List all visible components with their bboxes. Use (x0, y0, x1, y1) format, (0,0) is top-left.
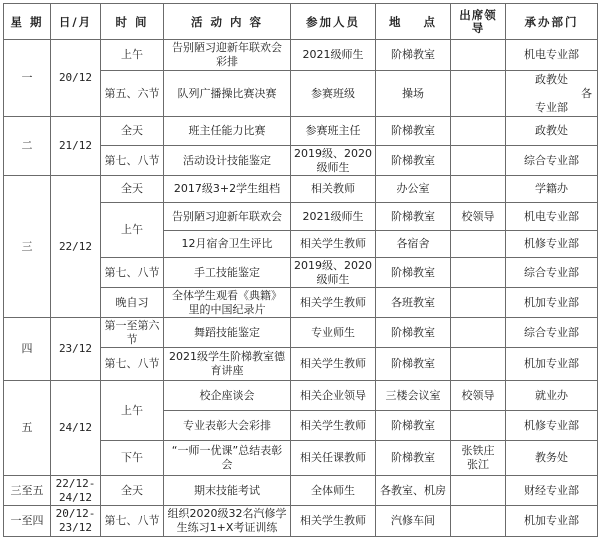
leader-cell (451, 117, 506, 146)
department-cell: 财经专业部 (506, 476, 598, 506)
leader-cell: 校领导 (451, 203, 506, 231)
weekday-cell: 一 (4, 40, 51, 117)
header-time: 时 间 (101, 4, 164, 40)
participants-cell: 相关企业领导 (291, 381, 376, 411)
location-cell: 汽修车间 (376, 506, 451, 532)
weekday-cell: 二 (4, 117, 51, 176)
location-cell: 阶梯教室 (376, 40, 451, 71)
leader-cell (451, 258, 506, 288)
leader-cell (451, 318, 506, 348)
participants-cell: 相关学生教师 (291, 288, 376, 318)
participants-cell: 相关教师 (291, 176, 376, 203)
department-cell: 就业办 (506, 381, 598, 411)
leader-cell (451, 348, 506, 381)
participants-cell: 全体师生 (291, 476, 376, 506)
leader-cell: 张铁庄 张江 (451, 441, 506, 476)
header-participants: 参加人员 (291, 4, 376, 40)
department-cell: 政教处 (506, 117, 598, 146)
department-cell: 综合专业部 (506, 318, 598, 348)
participants-cell: 2021级师生 (291, 203, 376, 231)
department-cell: 机电专业部 (506, 40, 598, 71)
leader-cell (451, 476, 506, 506)
leader-cell (451, 146, 506, 176)
table-row: 五 24/12 上午 校企座谈会 相关企业领导 三楼会议室 校领导 就业办 (4, 381, 598, 411)
time-cell: 上午 (101, 203, 164, 258)
time-cell: 全天 (101, 176, 164, 203)
location-cell: 各班教室 (376, 288, 451, 318)
leader-cell (451, 40, 506, 71)
activity-cell: 舞蹈技能鉴定 (164, 318, 291, 348)
leader-cell (451, 71, 506, 117)
leader-cell (451, 288, 506, 318)
location-cell: 操场 (376, 71, 451, 117)
time-cell: 第七、八节 (101, 258, 164, 288)
activity-cell: 专业表彰大会彩排 (164, 411, 291, 441)
leader-cell (451, 231, 506, 258)
participants-cell: 专业师生 (291, 318, 376, 348)
header-leader: 出席领导 (451, 4, 506, 40)
participants-cell: 相关学生教师 (291, 506, 376, 532)
department-cell: 机加专业部 (506, 288, 598, 318)
department-cell: 机修专业部 (506, 411, 598, 441)
header-department: 承办部门 (506, 4, 598, 40)
leader-cell (451, 411, 506, 441)
department-cell: 综合专业部 (506, 146, 598, 176)
table-row: 一 20/12 上午 告别陋习迎新年联欢会彩排 2021级师生 阶梯教室 机电专… (4, 40, 598, 71)
activity-cell: 告别陋习迎新年联欢会彩排 (164, 40, 291, 71)
department-cell: 机电专业部 (506, 203, 598, 231)
weekday-cell: 四 (4, 318, 51, 381)
time-cell: 全天 (101, 117, 164, 146)
time-cell: 第七、八节 (101, 506, 164, 532)
header-location-b: 点 (424, 15, 438, 29)
date-cell: 20/12-23/12 (51, 506, 101, 532)
participants-cell: 2021级师生 (291, 40, 376, 71)
department-cell: 综合专业部 (506, 258, 598, 288)
table-row: 三至五 22/12-24/12 全天 期末技能考试 全体师生 各教室、机房 财经… (4, 476, 598, 506)
date-cell: 22/12 (51, 176, 101, 318)
header-weekday: 星 期 (4, 4, 51, 40)
location-cell: 阶梯教室 (376, 203, 451, 231)
header-row: 星 期 日/月 时 间 活 动 内 容 参加人员 地点 出席领导 承办部门 (4, 4, 598, 40)
table-row: 三 22/12 全天 2017级3+2学生组档 相关教师 办公室 学籍办 (4, 176, 598, 203)
activity-cell: 班主任能力比赛 (164, 117, 291, 146)
leader-cell (451, 506, 506, 532)
time-cell: 晚自习 (101, 288, 164, 318)
participants-cell: 相关学生教师 (291, 411, 376, 441)
department-cell: 机加专业部 (506, 506, 598, 532)
activity-cell: 告别陋习迎新年联欢会 (164, 203, 291, 231)
activity-cell: 队列广播操比赛决赛 (164, 71, 291, 117)
time-cell: 第七、八节 (101, 146, 164, 176)
leader-cell (451, 176, 506, 203)
header-date: 日/月 (51, 4, 101, 40)
activity-cell: “一师一优课”总结表彰会 (164, 441, 291, 476)
header-location-a: 地 (389, 15, 403, 29)
department-line-2: 各 (509, 87, 594, 101)
participants-cell: 相关任课教师 (291, 441, 376, 476)
participants-cell: 参赛班主任 (291, 117, 376, 146)
weekday-cell: 三 (4, 176, 51, 318)
location-cell: 各教室、机房 (376, 476, 451, 506)
location-cell: 阶梯教室 (376, 318, 451, 348)
location-cell: 阶梯教室 (376, 117, 451, 146)
department-cell: 学籍办 (506, 176, 598, 203)
activity-cell: 手工技能鉴定 (164, 258, 291, 288)
department-cell: 政教处 各 专业部 (506, 71, 598, 117)
time-cell: 下午 (101, 441, 164, 476)
location-cell: 办公室 (376, 176, 451, 203)
department-line-3: 专业部 (509, 101, 594, 115)
participants-cell: 2019级、2020级师生 (291, 258, 376, 288)
time-cell: 上午 (101, 40, 164, 71)
date-cell: 23/12 (51, 318, 101, 381)
activity-cell: 2017级3+2学生组档 (164, 176, 291, 203)
header-location: 地点 (376, 4, 451, 40)
location-cell: 阶梯教室 (376, 146, 451, 176)
department-cell: 教务处 (506, 441, 598, 476)
table-row: 四 23/12 第一至第六节 舞蹈技能鉴定 专业师生 阶梯教室 综合专业部 (4, 318, 598, 348)
time-cell: 上午 (101, 381, 164, 441)
activity-cell: 12月宿舍卫生评比 (164, 231, 291, 258)
location-cell: 阶梯教室 (376, 348, 451, 381)
department-line-1: 政教处 (509, 73, 594, 87)
participants-cell: 相关学生教师 (291, 348, 376, 381)
weekday-cell: 三至五 (4, 476, 51, 506)
header-activity: 活 动 内 容 (164, 4, 291, 40)
location-cell: 阶梯教室 (376, 441, 451, 476)
activity-cell: 组织2020级32名汽修学生练习1+X考证训练 (164, 506, 291, 532)
time-cell: 全天 (101, 476, 164, 506)
participants-cell: 2019级、2020级师生 (291, 146, 376, 176)
weekday-cell: 一至四 (4, 506, 51, 532)
activity-cell: 校企座谈会 (164, 381, 291, 411)
location-cell: 阶梯教室 (376, 411, 451, 441)
table-row: 一至四 20/12-23/12 第七、八节 组织2020级32名汽修学生练习1+… (4, 506, 598, 532)
participants-cell: 相关学生教师 (291, 231, 376, 258)
location-cell: 各宿舍 (376, 231, 451, 258)
weekday-cell: 五 (4, 381, 51, 476)
time-cell: 第七、八节 (101, 348, 164, 381)
time-cell: 第一至第六节 (101, 318, 164, 348)
activity-cell: 2021级学生阶梯教室德育讲座 (164, 348, 291, 381)
participants-cell: 参赛班级 (291, 71, 376, 117)
date-cell: 21/12 (51, 117, 101, 176)
leader-cell: 校领导 (451, 381, 506, 411)
activity-cell: 期末技能考试 (164, 476, 291, 506)
location-cell: 阶梯教室 (376, 258, 451, 288)
date-cell: 24/12 (51, 381, 101, 476)
department-cell: 机加专业部 (506, 348, 598, 381)
activity-cell: 全体学生观看《典籍》里的中国纪录片 (164, 288, 291, 318)
time-cell: 第五、六节 (101, 71, 164, 117)
location-cell: 三楼会议室 (376, 381, 451, 411)
table-row: 二 21/12 全天 班主任能力比赛 参赛班主任 阶梯教室 政教处 (4, 117, 598, 146)
schedule-table: 星 期 日/月 时 间 活 动 内 容 参加人员 地点 出席领导 承办部门 一 … (3, 3, 598, 531)
department-cell: 机修专业部 (506, 231, 598, 258)
date-cell: 22/12-24/12 (51, 476, 101, 506)
activity-cell: 活动设计技能鉴定 (164, 146, 291, 176)
date-cell: 20/12 (51, 40, 101, 117)
